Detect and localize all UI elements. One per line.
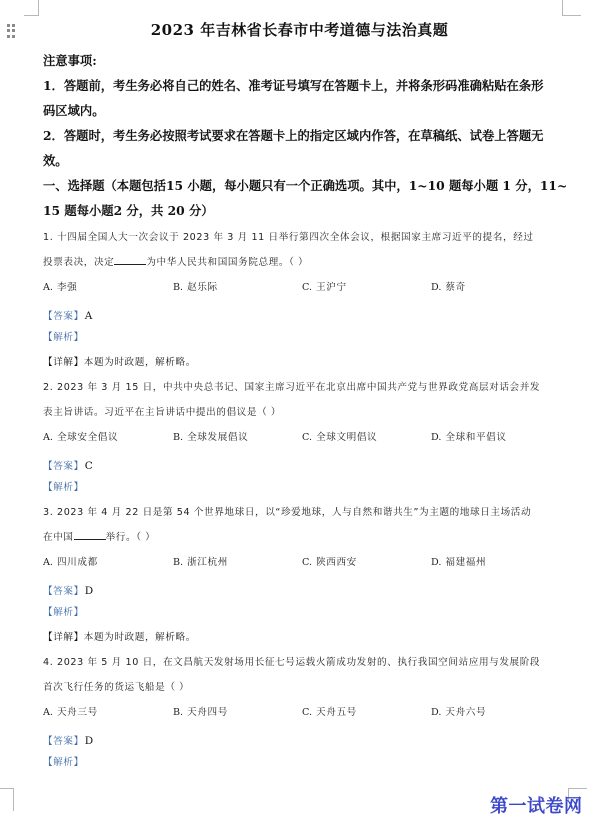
- question-1-line2-pre: 投票表决，决定: [43, 257, 114, 268]
- question-1-line2: 投票表决，决定为中华人民共和国国务院总理。（ ）: [43, 254, 308, 268]
- option-d: D.天舟六号: [431, 704, 486, 718]
- answer-tag: 【答案】: [43, 461, 84, 472]
- question-3-line1: 3. 2023 年 4 月 22 日是第 54 个世界地球日，以“珍爱地球，人与…: [43, 504, 531, 518]
- question-3-detail: 【详解】本题为时政题，解析略。: [43, 629, 196, 643]
- question-1-answer: 【答案】A: [43, 304, 92, 323]
- question-2-analysis-tag: 【解析】: [43, 479, 84, 493]
- option-a: A.李强: [43, 279, 77, 293]
- option-b: B.浙江杭州: [173, 554, 228, 568]
- notice-heading: 注意事项:: [43, 51, 97, 69]
- question-2-line2: 表主旨讲话。习近平在主旨讲话中提出的倡议是（ ）: [43, 404, 281, 418]
- answer-blank: [74, 530, 106, 540]
- notice-2-line1: 2．答题时，考生务必按照考试要求在答题卡上的指定区域内作答，在草稿纸、试卷上答题…: [43, 126, 543, 144]
- question-2-answer: 【答案】C: [43, 454, 93, 473]
- option-c: C.王沪宁: [302, 279, 347, 293]
- question-1-detail: 【详解】本题为时政题，解析略。: [43, 354, 196, 368]
- watermark-logo: 第一试卷网: [490, 792, 583, 818]
- option-b: B.赵乐际: [173, 279, 218, 293]
- document-title: 2023 年吉林省长春市中考道德与法治真题: [0, 19, 599, 40]
- page-corner-mark-top-left: [24, 0, 39, 16]
- option-a: A.四川成都: [43, 554, 98, 568]
- answer-tag: 【答案】: [43, 736, 84, 747]
- question-3-analysis-tag: 【解析】: [43, 604, 84, 618]
- question-1-line2-post: 为中华人民共和国国务院总理。（ ）: [146, 257, 308, 268]
- question-2-line1: 2. 2023 年 3 月 15 日，中共中央总书记、国家主席习近平在北京出席中…: [43, 379, 540, 393]
- question-4-answer: 【答案】D: [43, 729, 93, 748]
- detail-text: 本题为时政题，解析略。: [84, 357, 196, 368]
- answer-tag: 【答案】: [43, 586, 84, 597]
- page-corner-mark-bottom-left: [0, 788, 14, 811]
- answer-value: D: [85, 735, 93, 747]
- answer-value: D: [85, 585, 93, 597]
- detail-tag: 【详解】: [43, 632, 84, 643]
- question-3-answer: 【答案】D: [43, 579, 93, 598]
- option-b: B.全球发展倡议: [173, 429, 248, 443]
- question-4-line2: 首次飞行任务的货运飞船是（ ）: [43, 679, 189, 693]
- question-1-line1: 1. 十四届全国人大一次会议于 2023 年 3 月 11 日举行第四次全体会议…: [43, 229, 534, 243]
- question-4-analysis-tag: 【解析】: [43, 754, 84, 768]
- answer-tag: 【答案】: [43, 311, 84, 322]
- option-a: A.天舟三号: [43, 704, 98, 718]
- question-3-line2: 在中国举行。（ ）: [43, 529, 155, 543]
- question-1-analysis-tag: 【解析】: [43, 329, 84, 343]
- notice-2-line2: 效。: [43, 151, 68, 169]
- question-3-line2-post: 举行。（ ）: [106, 532, 156, 543]
- question-3-line2-pre: 在中国: [43, 532, 74, 543]
- question-4-line1: 4. 2023 年 5 月 10 日，在文昌航天发射场用长征七号运载火箭成功发射…: [43, 654, 540, 668]
- option-c: C.陕西西安: [302, 554, 357, 568]
- option-d: D.蔡奇: [431, 279, 466, 293]
- option-c: C.天舟五号: [302, 704, 357, 718]
- option-d: D.全球和平倡议: [431, 429, 507, 443]
- notice-1-line1: 1．答题前，考生务必将自己的姓名、准考证号填写在答题卡上，并将条形码准确粘贴在条…: [43, 76, 543, 94]
- section-heading-line1: 一、选择题（本题包括15 小题，每小题只有一个正确选项。其中，1~10 题每小题…: [43, 176, 567, 194]
- notice-1-line2: 码区域内。: [43, 101, 105, 119]
- answer-value: C: [85, 460, 93, 472]
- section-heading-line2: 15 题每小题2 分，共 20 分）: [43, 201, 214, 219]
- option-b: B.天舟四号: [173, 704, 228, 718]
- option-a: A.全球安全倡议: [43, 429, 118, 443]
- answer-blank: [114, 255, 146, 265]
- option-c: C.全球文明倡议: [302, 429, 377, 443]
- option-d: D.福建福州: [431, 554, 486, 568]
- detail-tag: 【详解】: [43, 357, 84, 368]
- answer-value: A: [85, 310, 93, 322]
- detail-text: 本题为时政题，解析略。: [84, 632, 196, 643]
- page-corner-mark-top-right: [562, 0, 581, 16]
